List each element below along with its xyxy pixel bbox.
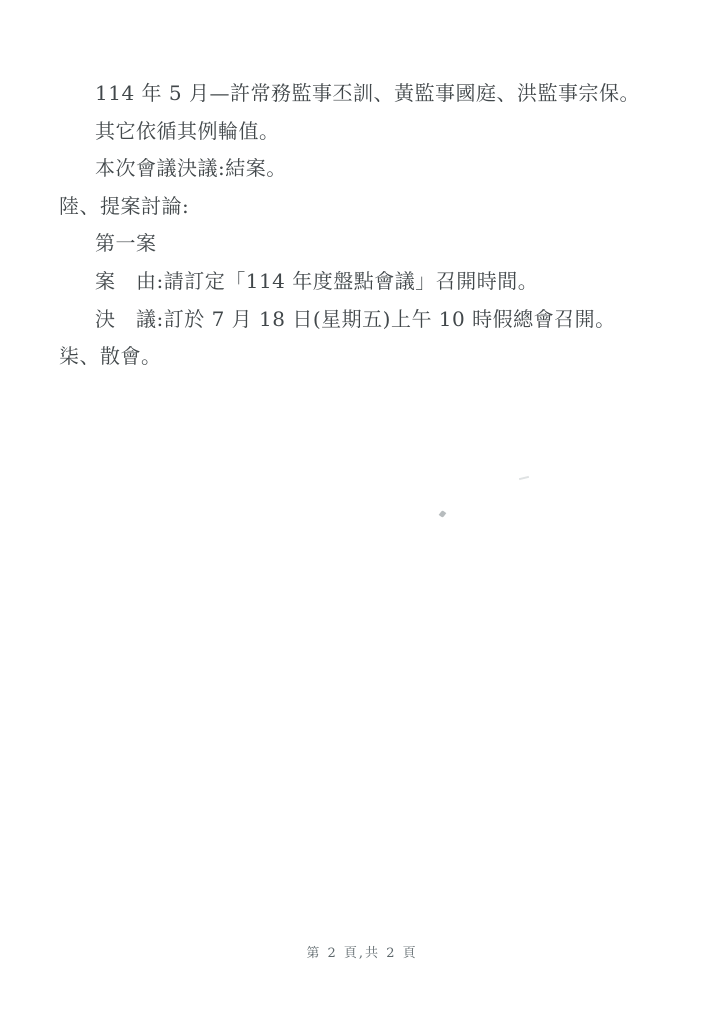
scan-speck [519,476,529,480]
body-line-case-resolution: 決 議:訂於 7 月 18 日(星期五)上午 10 時假總會召開。 [0,301,724,339]
section-heading-adjournment: 柒、散會。 [0,338,724,376]
body-line-case-subject: 案 由:請訂定「114 年度盤點會議」召開時間。 [0,263,724,301]
scan-speck [439,510,447,518]
section-heading-proposals: 陸、提案討論: [0,188,724,226]
body-line-meeting-resolution: 本次會議決議:結案。 [0,150,724,188]
document-body: 114 年 5 月—許常務監事丕訓、黃監事國庭、洪監事宗保。 其它依循其例輪值。… [0,75,724,376]
document-page: 114 年 5 月—許常務監事丕訓、黃監事國庭、洪監事宗保。 其它依循其例輪值。… [0,0,724,1024]
body-line-rotation-note: 其它依循其例輪值。 [0,113,724,151]
body-line-duty-roster: 114 年 5 月—許常務監事丕訓、黃監事國庭、洪監事宗保。 [0,75,724,113]
page-number-footer: 第 2 頁,共 2 頁 [0,944,724,964]
body-line-case-number: 第一案 [0,225,724,263]
